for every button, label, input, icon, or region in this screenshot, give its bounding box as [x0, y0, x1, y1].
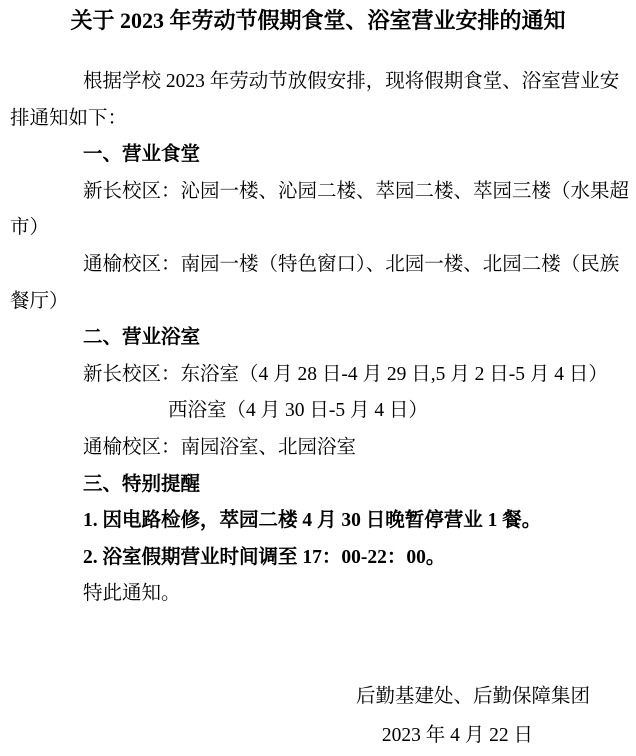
section-2-heading: 二、营业浴室: [10, 320, 626, 357]
canteen-tongyu-line-1: 通榆校区：南园一楼（特色窗口）、北园一楼、北园二楼（民族: [10, 247, 626, 284]
section-1-heading: 一、营业食堂: [10, 137, 626, 174]
closing-line: 特此通知。: [10, 576, 626, 613]
reminder-item-1: 1. 因电路检修，萃园二楼 4 月 30 日晚暂停营业 1 餐。: [10, 503, 626, 540]
signature-line: 后勤基建处、后勤保障集团: [10, 682, 590, 712]
section-3-heading: 三、特别提醒: [10, 467, 626, 504]
notice-body: 根据学校 2023 年劳动节放假安排，现将假期食堂、浴室营业安 排通知如下： 一…: [10, 64, 626, 613]
canteen-tongyu-line-2: 餐厅）: [10, 284, 626, 321]
intro-line-2: 排通知如下：: [10, 101, 626, 138]
reminder-item-2: 2. 浴室假期营业时间调至 17：00-22：00。: [10, 540, 626, 577]
canteen-xinchang-line-1: 新长校区：沁园一楼、沁园二楼、萃园二楼、萃园三楼（水果超: [10, 174, 626, 211]
bath-xinchang-west: 西浴室（4 月 30 日-5 月 4 日）: [10, 393, 626, 430]
canteen-xinchang-line-2: 市）: [10, 210, 626, 247]
notice-title: 关于 2023 年劳动节假期食堂、浴室营业安排的通知: [0, 5, 636, 37]
bath-xinchang-east: 新长校区：东浴室（4 月 28 日-4 月 29 日,5 月 2 日-5 月 4…: [10, 357, 626, 394]
bath-tongyu: 通榆校区：南园浴室、北园浴室: [10, 430, 626, 467]
notice-document: 关于 2023 年劳动节假期食堂、浴室营业安排的通知 根据学校 2023 年劳动…: [0, 0, 636, 756]
date-line: 2023 年 4 月 22 日: [10, 721, 533, 751]
intro-line-1: 根据学校 2023 年劳动节放假安排，现将假期食堂、浴室营业安: [10, 64, 626, 101]
